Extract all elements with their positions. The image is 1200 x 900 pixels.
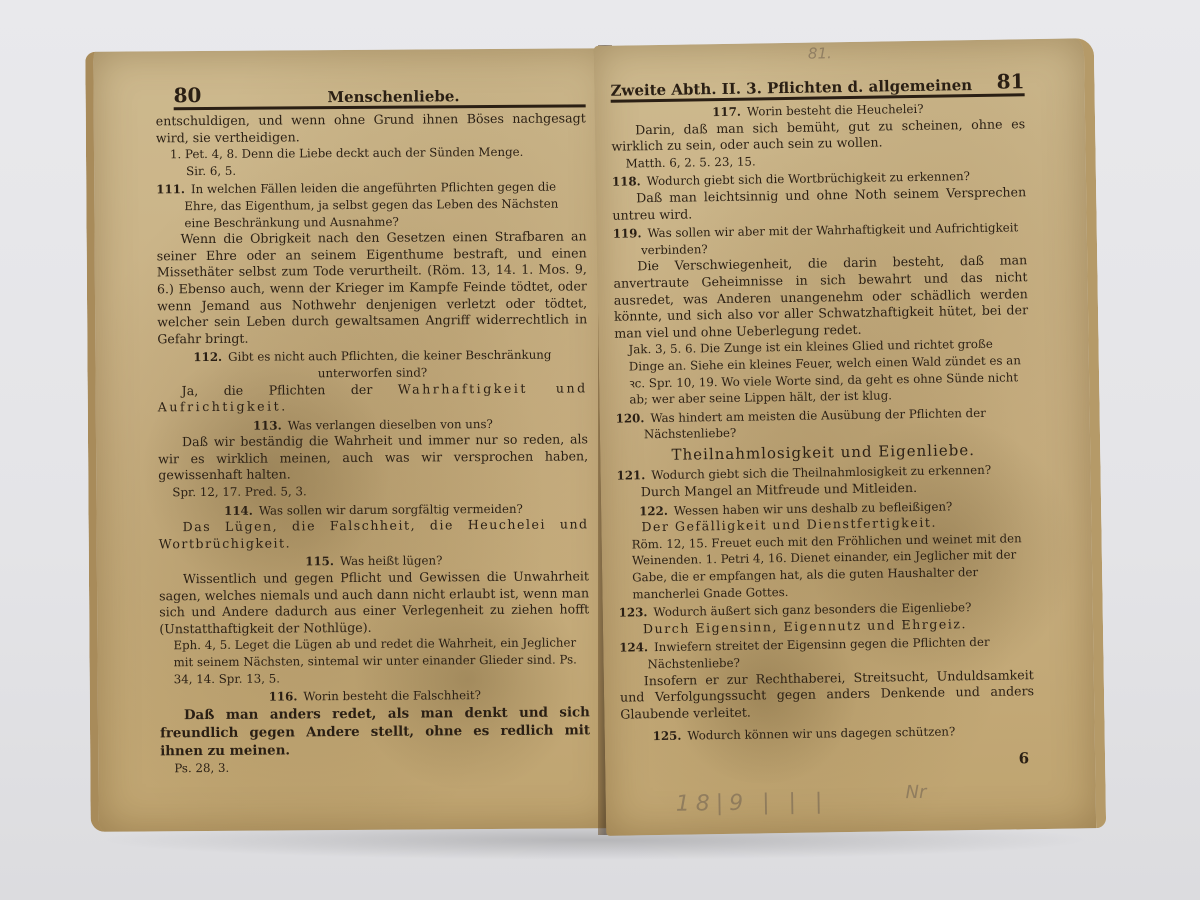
open-book-photo: 80 Menschenliebe. entschuldigen, und wen… bbox=[0, 0, 1200, 900]
answer-116: Daß man anders redet, als man denkt und … bbox=[160, 703, 590, 760]
scripture-ref: Röm. 12, 15. Freuet euch mit den Fröhlic… bbox=[618, 530, 1033, 603]
pencil-note-bottom-right: Nr bbox=[905, 782, 926, 803]
left-page: 80 Menschenliebe. entschuldigen, und wen… bbox=[85, 48, 616, 832]
answer-114: Das Lügen, die Falschheit, die Heuchelei… bbox=[159, 517, 589, 553]
left-running-head: 80 Menschenliebe. bbox=[173, 76, 585, 110]
answer-118: Daß man leichtsinnig und ohne Noth seine… bbox=[612, 184, 1026, 224]
scripture-ref: Ps. 28, 3. bbox=[160, 757, 590, 777]
answer-124: Insofern er zur Rechthaberei, Streitsuch… bbox=[620, 667, 1035, 723]
left-page-text: entschuldigen, und wenn ohne Grund ihnen… bbox=[156, 110, 591, 776]
question-125: 125.Wodurch können wir uns dagegen schüt… bbox=[621, 723, 1035, 746]
answer-112: Ja, die Pflichten der Wahrhaftigkeit und… bbox=[158, 380, 588, 416]
running-title-left: Menschenliebe. bbox=[201, 86, 585, 107]
scripture-ref: 1. Pet. 4, 8. Denn die Liebe deckt auch … bbox=[156, 144, 586, 164]
section-heading: Theilnahmlosigkeit und Eigenliebe. bbox=[616, 441, 1030, 464]
right-page: 81. Zweite Abth. II. 3. Pflichten d. all… bbox=[594, 38, 1106, 836]
answer-119: Die Verschwiegenheit, die darin besteht,… bbox=[613, 253, 1028, 342]
question-112: 112.Gibt es nicht auch Pflichten, die ke… bbox=[157, 347, 587, 383]
answer-115: Wissentlich und gegen Pflicht und Gewiss… bbox=[159, 568, 589, 637]
question-120: 120.Was hindert am meisten die Ausübung … bbox=[616, 404, 1030, 444]
page-number-81: 81 bbox=[996, 69, 1024, 93]
question-111: 111.In welchen Fällen leiden die angefüh… bbox=[156, 179, 586, 232]
signature-mark: 6 bbox=[1018, 749, 1029, 767]
scripture-ref: Eph. 4, 5. Leget die Lügen ab und redet … bbox=[159, 635, 589, 688]
scripture-ref: Jak. 3, 5. 6. Die Zunge ist ein kleines … bbox=[614, 335, 1029, 408]
running-title-right: Zweite Abth. II. 3. Pflichten d. allgeme… bbox=[610, 76, 996, 100]
answer-111: Wenn die Obrigkeit nach den Gesetzen ein… bbox=[157, 229, 588, 348]
answer-113: Daß wir beständig die Wahrheit und immer… bbox=[158, 432, 588, 485]
right-page-text: 117.Worin besteht die Heuchelei? Darin, … bbox=[611, 97, 1035, 745]
page-number-80: 80 bbox=[174, 83, 202, 107]
paragraph-continuation: entschuldigen, und wenn ohne Grund ihnen… bbox=[156, 110, 586, 146]
scripture-ref: Sir. 6, 5. bbox=[156, 160, 586, 180]
pencil-note-top: 81. bbox=[808, 44, 832, 62]
scripture-ref: Spr. 12, 17. Pred. 5, 3. bbox=[158, 481, 588, 501]
right-running-head: Zweite Abth. II. 3. Pflichten d. allgeme… bbox=[610, 65, 1024, 102]
pencil-note-bottom-left: 18|9 | | | bbox=[676, 789, 829, 816]
